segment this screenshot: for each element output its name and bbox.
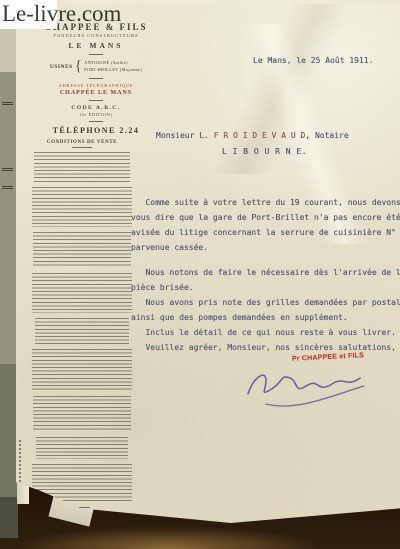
fine-print-paragraph (36, 437, 128, 459)
telegraph-address-label: ADRESSE TÉLÉGRAPHIQUE (26, 83, 166, 88)
letter-body: Comme suite à votre lettre du 19 courant… (131, 195, 400, 355)
letter-page: CHAPPEE & FILS FONDEURS CONSTRUCTEURS LE… (16, 4, 400, 524)
page-edge-text-fragment (2, 186, 13, 190)
conditions-title: CONDITIONS DE VENTE (30, 140, 134, 145)
company-subtitle: FONDEURS CONSTRUCTEURS (26, 33, 166, 38)
factory-location: PORT-BRILLET (Mayenne) (84, 67, 142, 74)
body-line: vous dire que la gare de Port-Brillet n'… (131, 210, 400, 225)
divider-rule (89, 121, 103, 122)
body-line: Nous notons de faire le nécessaire dès l… (131, 265, 400, 280)
body-line: ainsi que des pompes demandées en supplé… (131, 310, 400, 325)
body-line: parvenue cassée. (131, 240, 400, 255)
page-edge-text-fragment (2, 168, 13, 172)
recipient-city: L I B O U R N E. (222, 147, 307, 156)
page-edge-text-fragment (2, 102, 13, 106)
fine-print-paragraph (34, 152, 130, 182)
recipient-title: , Notaire (305, 131, 348, 140)
watermark-text: Le-livre.com (2, 1, 121, 27)
factory-location: ANTOIGNÉ (Sarthe) (84, 60, 142, 67)
company-city: LE MANS (26, 41, 166, 50)
dateline: Le Mans, le 25 Août 1911. (253, 56, 373, 65)
fine-print-paragraph (33, 232, 131, 268)
fine-print-paragraph (32, 273, 132, 313)
recipient-salutation: Monsieur L. (156, 131, 214, 140)
telegraph-address-value: CHAPPÉE LE MANS (26, 90, 166, 96)
body-line: Inclus le détail de ce qui nous reste à … (131, 325, 400, 340)
fine-print-paragraph (35, 318, 129, 344)
telephone-number: TÉLÉPHONE 2.24 (26, 126, 166, 135)
handwritten-signature (240, 360, 370, 412)
brace-glyph: { (75, 59, 82, 74)
conditions-fine-print (30, 152, 134, 502)
divider-rule (89, 78, 103, 79)
divider-rule (89, 100, 103, 101)
fine-print-paragraph (33, 396, 131, 432)
body-line: avisée du litige concernant la serrure d… (131, 225, 400, 240)
factories-block: USINES { ANTOIGNÉ (Sarthe) PORT-BRILLET … (26, 59, 166, 74)
conditions-column: CONDITIONS DE VENTE (30, 140, 134, 510)
factories-label: USINES (50, 64, 73, 70)
divider-rule (89, 54, 103, 55)
letterhead: CHAPPEE & FILS FONDEURS CONSTRUCTEURS LE… (26, 22, 166, 135)
body-line: pièce brisée. (131, 280, 400, 295)
divider-rule (72, 147, 92, 148)
underlying-pages-edge (0, 26, 18, 538)
body-line: Comme suite à votre lettre du 19 courant… (131, 195, 400, 210)
code-label: CODE A.B.C. (26, 105, 166, 111)
recipient-name: F R O I D E V A U D (214, 131, 306, 140)
fine-print-paragraph (32, 187, 132, 227)
code-edition: (5e ÉDITION) (26, 112, 166, 117)
body-line: Nous avons pris note des grilles demandé… (131, 295, 400, 310)
recipient-line: Monsieur L. F R O I D E V A U D, Notaire (156, 131, 349, 140)
fine-print-paragraph (32, 349, 132, 391)
scanned-letter-photo: CHAPPEE & FILS FONDEURS CONSTRUCTEURS LE… (0, 0, 400, 549)
